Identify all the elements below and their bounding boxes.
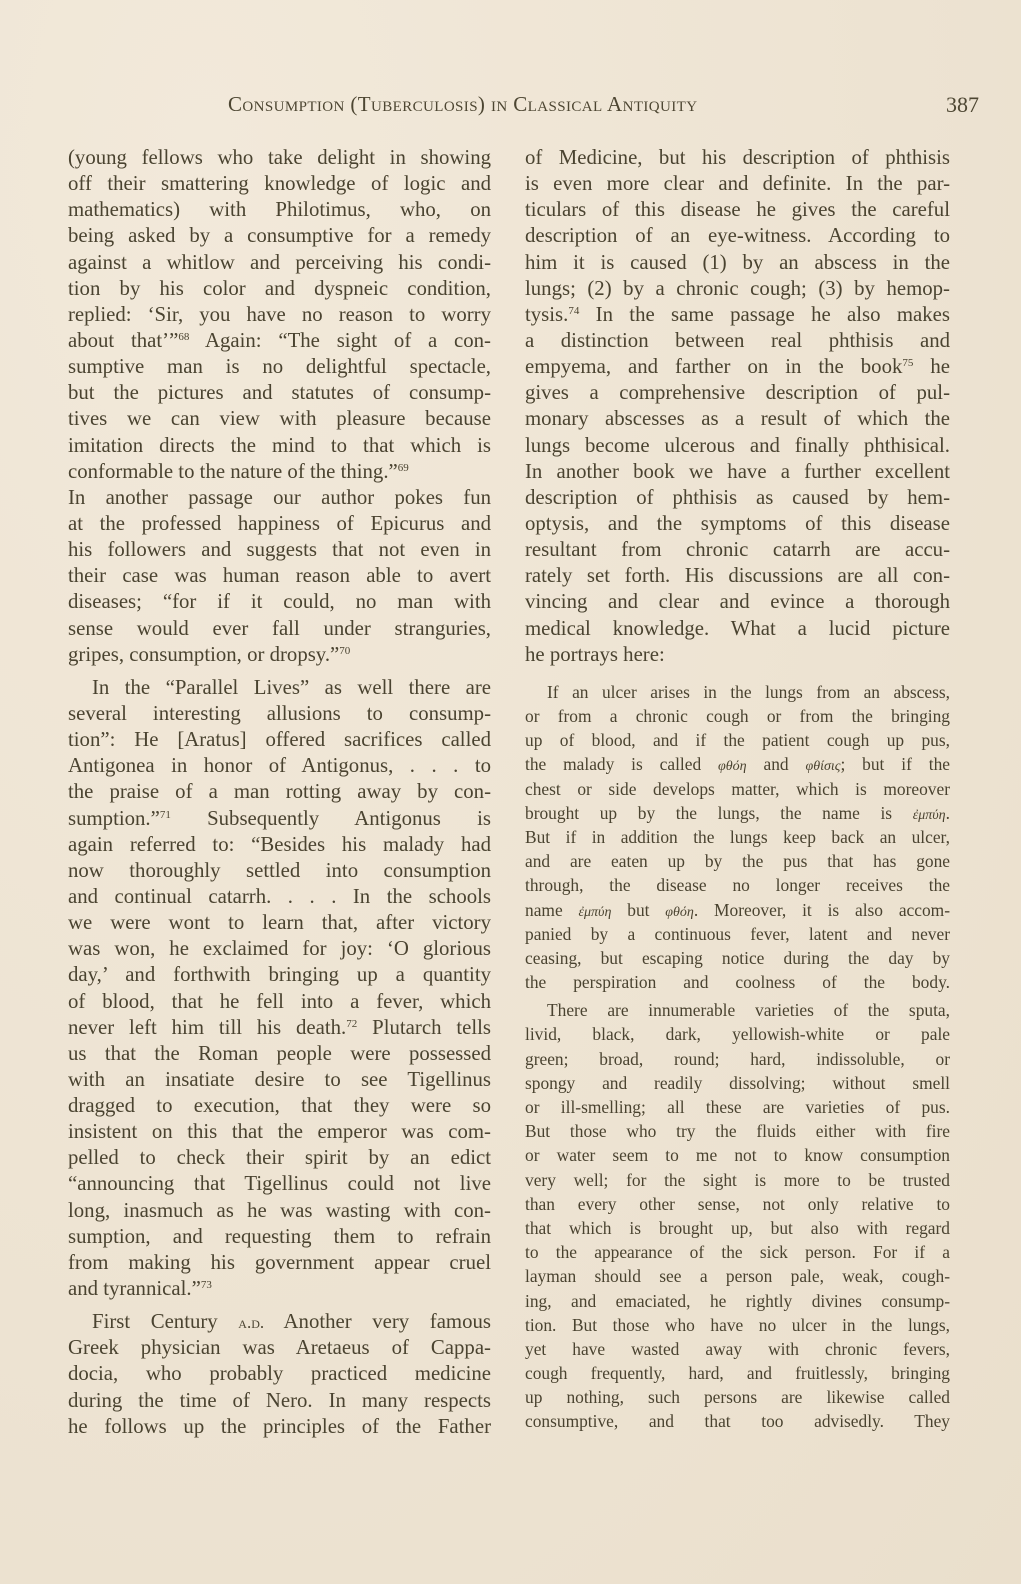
left-column: (young fellows who take delight in showi… bbox=[68, 145, 491, 1440]
text-segment: he bbox=[913, 355, 950, 378]
quote-line: or from a chronic cough or from the brin… bbox=[525, 704, 950, 728]
text-line: is even more clear and definite. In the … bbox=[525, 171, 950, 197]
text-segment: brought up by the lungs, the name is bbox=[525, 803, 913, 823]
text-line: was won, he exclaimed for joy: ‘O glorio… bbox=[68, 936, 491, 962]
text-segment: and tyrannical.” bbox=[68, 1277, 201, 1300]
footnote-ref-74[interactable]: 74 bbox=[568, 305, 579, 317]
quote-line: yet have wasted away with chronic fevers… bbox=[525, 1337, 950, 1361]
text-line: insistent on this that the emperor was c… bbox=[68, 1119, 491, 1145]
quote-line: If an ulcer arises in the lungs from an … bbox=[525, 680, 950, 704]
quote-line: chest or side develops matter, which is … bbox=[525, 777, 950, 801]
text-line: (young fellows who take delight in showi… bbox=[68, 145, 491, 171]
quote-line: the malady is called φθόη and φθίσις; bu… bbox=[525, 752, 950, 776]
greek-term-empye: ἐμπύη bbox=[578, 905, 611, 920]
text-line: In the “Parallel Lives” as well there ar… bbox=[68, 675, 491, 701]
text-line: of Medicine, but his description of phth… bbox=[525, 145, 950, 171]
quote-line: There are innumerable varieties of the s… bbox=[525, 998, 950, 1022]
text-line: tion by his color and dyspneic condition… bbox=[68, 276, 491, 302]
text-line: medical knowledge. What a lucid picture bbox=[525, 616, 950, 642]
text-segment: sumption.” bbox=[68, 807, 160, 830]
quote-line: up nothing, such persons are likewise ca… bbox=[525, 1385, 950, 1409]
text-line: him it is caused (1) by an abscess in th… bbox=[525, 250, 950, 276]
text-line: description of phthisis as caused by hem… bbox=[525, 485, 950, 511]
quote-line: panied by a continuous fever, latent and… bbox=[525, 922, 950, 946]
text-segment: name bbox=[525, 900, 578, 920]
text-line: empyema, and farther on in the book75 he bbox=[525, 354, 950, 380]
text-line: tion”: He [Aratus] offered sacrifices ca… bbox=[68, 727, 491, 753]
text-line: at the professed happiness of Epicurus a… bbox=[68, 511, 491, 537]
text-segment: the malady is called bbox=[525, 754, 718, 774]
text-segment: about that’” bbox=[68, 329, 178, 352]
greek-term-phthoe: φθόη bbox=[718, 759, 747, 774]
text-line: vincing and clear and evince a thorough bbox=[525, 589, 950, 615]
text-line: lungs become ulcerous and finally phthis… bbox=[525, 433, 950, 459]
text-segment: but bbox=[611, 900, 665, 920]
text-line: several interesting allusions to consump… bbox=[68, 701, 491, 727]
greek-term-phthisis: φθίσις bbox=[805, 759, 840, 774]
running-head-title: Consumption (Tuberculosis) in Classical … bbox=[228, 92, 802, 117]
text-segment: Another very famous bbox=[264, 1310, 491, 1333]
footnote-ref-75[interactable]: 75 bbox=[902, 357, 913, 369]
text-line: again referred to: “Besides his malady h… bbox=[68, 832, 491, 858]
quote-line: green; broad, round; hard, indissoluble,… bbox=[525, 1047, 950, 1071]
text-line: during the time of Nero. In many respect… bbox=[68, 1388, 491, 1414]
text-line: a distinction between real phthisis and bbox=[525, 328, 950, 354]
text-line: but the pictures and statutes of consump… bbox=[68, 380, 491, 406]
text-line: Antigonea in honor of Antigonus, . . . t… bbox=[68, 753, 491, 779]
quote-line: the perspiration and coolness of the bod… bbox=[525, 970, 950, 994]
page-number: 387 bbox=[946, 92, 979, 118]
text-line: optysis, and the symptoms of this diseas… bbox=[525, 511, 950, 537]
block-quote: If an ulcer arises in the lungs from an … bbox=[525, 680, 950, 1434]
text-segment: Again: “The sight of a con- bbox=[205, 329, 491, 352]
quote-line: that which is brought up, but also with … bbox=[525, 1216, 950, 1240]
text-line: pelled to check their spirit by an edict bbox=[68, 1145, 491, 1171]
text-line: docia, who probably practiced medicine bbox=[68, 1361, 491, 1387]
text-line: he portrays here: bbox=[525, 642, 950, 668]
text-line: In another passage our author pokes fun bbox=[68, 485, 491, 511]
footnote-ref-72[interactable]: 72 bbox=[346, 1018, 357, 1030]
text-line: lungs; (2) by a chronic cough; (3) by he… bbox=[525, 276, 950, 302]
text-line: never left him till his death.72 Plutarc… bbox=[68, 1015, 491, 1041]
text-line: First Century a.d. Another very famous bbox=[68, 1309, 491, 1335]
footnote-ref-70[interactable]: 70 bbox=[339, 645, 350, 657]
text-segment: . bbox=[946, 803, 950, 823]
text-line: mathematics) with Philotimus, who, on bbox=[68, 197, 491, 223]
quote-line: and are eaten up by the pus that has gon… bbox=[525, 849, 950, 873]
text-segment: Plutarch tells bbox=[372, 1016, 491, 1039]
quote-line: name ἐμπύη but φθόη. Moreover, it is als… bbox=[525, 898, 950, 922]
text-line: Greek physician was Aretaeus of Cappa- bbox=[68, 1335, 491, 1361]
text-line: description of an eye-witness. According… bbox=[525, 223, 950, 249]
greek-term-phthoe: φθόη bbox=[665, 905, 694, 920]
text-segment: Subsequently Antigonus is bbox=[207, 807, 491, 830]
text-line: “announcing that Tigellinus could not li… bbox=[68, 1171, 491, 1197]
text-line: sumption.”71 Subsequently Antigonus is bbox=[68, 806, 491, 832]
text-line: against a whitlow and perceiving his con… bbox=[68, 250, 491, 276]
quote-line: than every other sense, not only relativ… bbox=[525, 1192, 950, 1216]
text-line: tysis.74 In the same passage he also mak… bbox=[525, 302, 950, 328]
text-segment: tysis. bbox=[525, 303, 568, 326]
quote-line: very well; for the sight is more to be t… bbox=[525, 1168, 950, 1192]
text-line: monary abscesses as a result of which th… bbox=[525, 406, 950, 432]
quote-line: brought up by the lungs, the name is ἐμπ… bbox=[525, 801, 950, 825]
text-line: dragged to execution, that they were so bbox=[68, 1093, 491, 1119]
text-line: day,’ and forthwith bringing up a quanti… bbox=[68, 962, 491, 988]
text-line: replied: ‘Sir, you have no reason to wor… bbox=[68, 302, 491, 328]
text-line: of blood, that he fell into a fever, whi… bbox=[68, 989, 491, 1015]
text-line: from making his government appear cruel bbox=[68, 1250, 491, 1276]
quote-line: consumptive, and that too advisedly. The… bbox=[525, 1409, 950, 1433]
text-line: tives we can view with pleasure because bbox=[68, 406, 491, 432]
era-abbreviation: a.d. bbox=[238, 1313, 264, 1332]
text-line: about that’”68 Again: “The sight of a co… bbox=[68, 328, 491, 354]
text-line: conformable to the nature of the thing.”… bbox=[68, 459, 491, 485]
quote-line: livid, black, dark, yellowish-white or p… bbox=[525, 1022, 950, 1046]
quote-line: layman should see a person pale, weak, c… bbox=[525, 1264, 950, 1288]
quote-line: spongy and readily dissolving; without s… bbox=[525, 1071, 950, 1095]
quote-line: through, the disease no longer receives … bbox=[525, 873, 950, 897]
right-column: of Medicine, but his description of phth… bbox=[525, 145, 950, 1434]
text-line: In another book we have a further excell… bbox=[525, 459, 950, 485]
text-segment: gripes, consumption, or dropsy.” bbox=[68, 643, 339, 666]
quote-line: up of blood, and if the patient cough up… bbox=[525, 728, 950, 752]
paragraph-gap bbox=[68, 668, 491, 675]
text-line: now thoroughly settled into consumption bbox=[68, 858, 491, 884]
quote-line: cough frequently, hard, and fruitlessly,… bbox=[525, 1361, 950, 1385]
text-line: resultant from chronic catarrh are accu- bbox=[525, 537, 950, 563]
text-segment: conformable to the nature of the thing.” bbox=[68, 460, 398, 483]
text-segment: First Century bbox=[92, 1310, 238, 1333]
text-line: off their smattering knowledge of logic … bbox=[68, 171, 491, 197]
text-line: long, inasmuch as he was wasting with co… bbox=[68, 1198, 491, 1224]
quote-line: ing, and emaciated, he rightly divines c… bbox=[525, 1289, 950, 1313]
text-line: imitation directs the mind to that which… bbox=[68, 433, 491, 459]
text-line: their case was human reason able to aver… bbox=[68, 563, 491, 589]
text-line: being asked by a consumptive for a remed… bbox=[68, 223, 491, 249]
quote-line: But if in addition the lungs keep back a… bbox=[525, 825, 950, 849]
footnote-ref-73[interactable]: 73 bbox=[201, 1279, 212, 1291]
text-line: gives a comprehensive description of pul… bbox=[525, 380, 950, 406]
text-segment: ; but if the bbox=[840, 754, 950, 774]
text-line: sense would ever fall under stranguries, bbox=[68, 616, 491, 642]
text-line: we were wont to learn that, after victor… bbox=[68, 910, 491, 936]
quote-line: or ill-smelling; all these are varieties… bbox=[525, 1095, 950, 1119]
text-line: and continual catarrh. . . . In the scho… bbox=[68, 884, 491, 910]
footnote-ref-68[interactable]: 68 bbox=[178, 331, 189, 343]
text-line: sumptive man is no delightful spectacle, bbox=[68, 354, 491, 380]
paragraph-gap bbox=[68, 1302, 491, 1309]
text-line: sumption, and requesting them to refrain bbox=[68, 1224, 491, 1250]
text-segment: and bbox=[747, 754, 806, 774]
text-line: gripes, consumption, or dropsy.”70 bbox=[68, 642, 491, 668]
text-segment: In the same passage he also makes bbox=[579, 303, 950, 326]
text-line: and tyrannical.”73 bbox=[68, 1276, 491, 1302]
text-line: the praise of a man rotting away by con- bbox=[68, 779, 491, 805]
paragraph-gap bbox=[525, 668, 950, 680]
text-line: ticulars of this disease he gives the ca… bbox=[525, 197, 950, 223]
quote-line: tion. But those who have no ulcer in the… bbox=[525, 1313, 950, 1337]
quote-line: ceasing, but escaping notice during the … bbox=[525, 946, 950, 970]
text-line: he follows up the principles of the Fath… bbox=[68, 1414, 491, 1440]
text-segment: never left him till his death. bbox=[68, 1016, 346, 1039]
text-line: with an insatiate desire to see Tigellin… bbox=[68, 1067, 491, 1093]
footnote-ref-71[interactable]: 71 bbox=[160, 809, 171, 821]
quote-line: But those who try the fluids either with… bbox=[525, 1119, 950, 1143]
text-segment: . Moreover, it is also accom- bbox=[694, 900, 950, 920]
text-line: diseases; “for if it could, no man with bbox=[68, 589, 491, 615]
footnote-ref-69[interactable]: 69 bbox=[398, 462, 409, 474]
quote-line: to the appearance of the sick person. Fo… bbox=[525, 1240, 950, 1264]
text-segment: empyema, and farther on in the book bbox=[525, 355, 902, 378]
text-line: us that the Roman people were possessed bbox=[68, 1041, 491, 1067]
greek-term-empye: ἐμπύη bbox=[913, 808, 946, 823]
text-line: his followers and suggests that not even… bbox=[68, 537, 491, 563]
quote-line: or water seem to me not to know consumpt… bbox=[525, 1143, 950, 1167]
text-line: rately set forth. His discussions are al… bbox=[525, 563, 950, 589]
